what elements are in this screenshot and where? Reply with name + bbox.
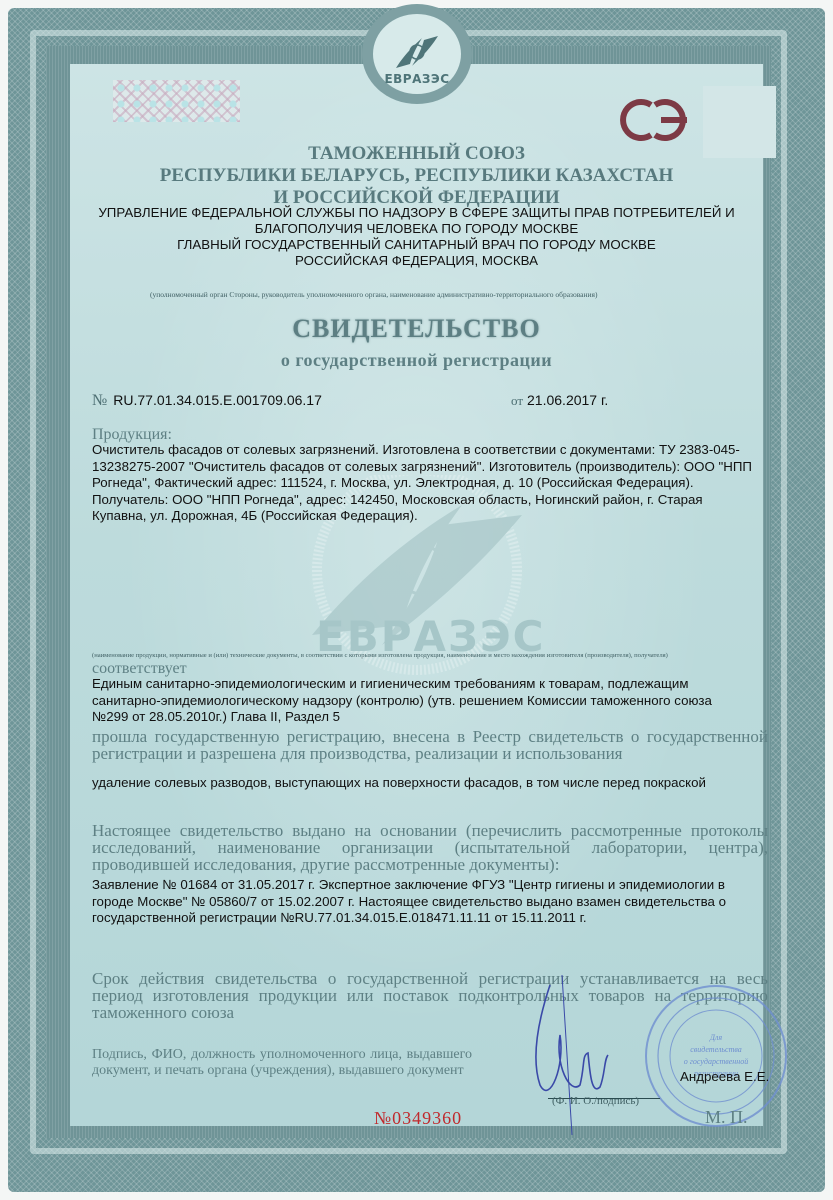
authority-line-3: ГЛАВНЫЙ ГОСУДАРСТВЕННЫЙ САНИТАРНЫЙ ВРАЧ …	[0, 237, 833, 253]
form-serial-number: №0349360	[374, 1108, 462, 1129]
authority-line-4: РОССИЙСКАЯ ФЕДЕРАЦИЯ, МОСКВА	[0, 253, 833, 269]
basis-label: Настоящее свидетельство выдано на основа…	[92, 822, 768, 873]
issuing-authority: УПРАВЛЕНИЕ ФЕДЕРАЛЬНОЙ СЛУЖБЫ ПО НАДЗОРУ…	[0, 205, 833, 269]
usage-text: удаление солевых разводов, выступающих н…	[92, 775, 772, 792]
certificate-number: №RU.77.01.34.015.E.001709.06.17	[92, 392, 322, 410]
signer-name: Андреева Е.Е.	[680, 1069, 769, 1084]
eurasec-logo-icon	[392, 34, 442, 70]
svg-text:свидетельства: свидетельства	[690, 1045, 742, 1054]
authority-caption: (уполномоченный орган Стороны, руководит…	[150, 290, 597, 299]
hologram-sticker	[113, 80, 240, 122]
date-value: 21.06.2017 г.	[527, 392, 608, 408]
authority-line-2: БЛАГОПОЛУЧИЯ ЧЕЛОВЕКА ПО ГОРОДУ МОСКВЕ	[0, 221, 833, 237]
number-prefix: №	[92, 392, 107, 409]
authority-line-1: УПРАВЛЕНИЕ ФЕДЕРАЛЬНОЙ СЛУЖБЫ ПО НАДЗОРУ…	[0, 205, 833, 221]
signature-icon	[510, 975, 630, 1135]
fio-caption: (Ф. И. О./подпись)	[552, 1095, 639, 1107]
number-value: RU.77.01.34.015.E.001709.06.17	[113, 392, 322, 408]
header-line-2: РЕСПУБЛИКИ БЕЛАРУСЬ, РЕСПУБЛИКИ КАЗАХСТА…	[0, 165, 833, 187]
product-caption: (наименование продукции, нормативные и (…	[92, 652, 668, 659]
conformity-text: Единым санитарно-эпидемиологическим и ги…	[92, 676, 732, 726]
product-text: Очиститель фасадов от солевых загрязнени…	[92, 442, 752, 525]
certificate-date: от21.06.2017 г.	[511, 392, 608, 409]
basis-text: Заявление № 01684 от 31.05.2017 г. Экспе…	[92, 877, 732, 927]
certificate-subtitle: о государственной регистрации	[0, 350, 833, 371]
certificate-title: СВИДЕТЕЛЬСТВО	[0, 314, 833, 344]
svg-text:Для: Для	[709, 1033, 723, 1042]
signature-caption: Подпись, ФИО, должность уполномоченного …	[92, 1047, 472, 1079]
registration-text: прошла государственную регистрацию, внес…	[92, 728, 768, 762]
emblem-label: ЕВРАЗЭС	[384, 72, 449, 86]
date-prefix: от	[511, 393, 523, 408]
conformity-mark-icon	[615, 97, 695, 143]
eurasec-emblem: ЕВРАЗЭС	[362, 4, 472, 104]
header-line-1: ТАМОЖЕННЫЙ СОЮЗ	[0, 143, 833, 165]
svg-text:о государственной: о государственной	[684, 1057, 748, 1066]
customs-union-header: ТАМОЖЕННЫЙ СОЮЗ РЕСПУБЛИКИ БЕЛАРУСЬ, РЕС…	[0, 143, 833, 209]
seal-place-caption: М. П.	[705, 1107, 748, 1128]
